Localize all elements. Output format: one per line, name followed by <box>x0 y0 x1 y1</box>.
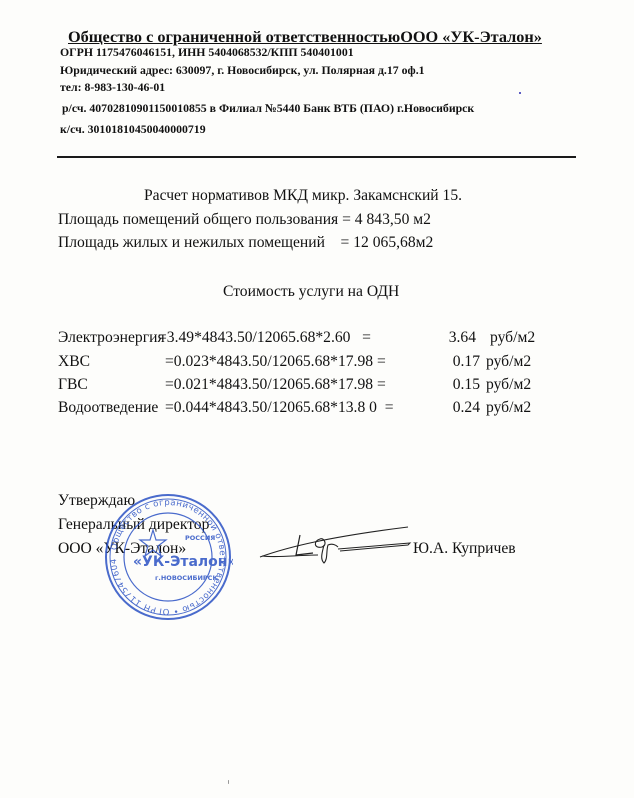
header-divider <box>57 156 576 158</box>
service-result: 0.24 <box>440 399 480 417</box>
service-name: ХВС <box>58 353 90 371</box>
correspondent-account: к/сч. 30101810450040000719 <box>60 122 206 137</box>
company-registration: ОГРН 1175476046151, ИНН 5404068532/КПП 5… <box>60 45 354 60</box>
svg-text:РОССИЯ: РОССИЯ <box>185 534 215 542</box>
scan-speck <box>228 780 229 784</box>
company-title: Общество с ограниченной ответственностью… <box>68 27 542 47</box>
signatory-name: Ю.А. Купричев <box>413 540 516 558</box>
service-formula: =0.023*4843.50/12065.68*17.98 = <box>165 353 386 371</box>
calculation-heading: Расчет нормативов МКД микр. Закамснский … <box>144 187 462 205</box>
service-unit: руб/м2 <box>486 353 531 371</box>
svg-text:«УК-Эталон»: «УК-Эталон» <box>133 554 233 570</box>
living-area-line: Площадь жилых и нежилых помещений = 12 0… <box>58 234 433 252</box>
service-name: Электроэнергия <box>58 329 165 347</box>
service-result: 0.15 <box>440 376 480 394</box>
scan-speck <box>519 92 521 94</box>
common-area-line: Площадь помещений общего пользования = 4… <box>58 211 431 229</box>
service-result: 3.64 <box>436 329 476 347</box>
bank-account: р/сч. 40702810901150010855 в Филиал №544… <box>62 101 474 116</box>
service-unit: руб/м2 <box>486 376 531 394</box>
service-formula: =0.044*4843.50/12065.68*13.8 0 = <box>165 399 394 417</box>
service-formula: =3.49*4843.50/12065.68*2.60 = <box>158 329 371 347</box>
service-unit: руб/м2 <box>486 399 531 417</box>
company-phone: тел: 8-983-130-46-01 <box>60 80 165 95</box>
service-name: ГВС <box>58 376 88 394</box>
service-name: Водоотведение <box>58 399 158 417</box>
service-result: 0.17 <box>440 353 480 371</box>
service-formula: =0.021*4843.50/12065.68*17.98 = <box>165 376 386 394</box>
cost-heading: Стоимость услуги на ОДН <box>223 283 399 301</box>
company-address: Юридический адрес: 630097, г. Новосибирс… <box>60 63 425 78</box>
signature-icon <box>258 525 418 565</box>
company-stamp-icon: Общество с ограниченной ответственностью… <box>103 492 233 622</box>
svg-text:г.НОВОСИБИРСК: г.НОВОСИБИРСК <box>155 574 218 582</box>
document-page: Общество с ограниченной ответственностью… <box>0 0 634 798</box>
service-unit: руб/м2 <box>490 329 535 347</box>
